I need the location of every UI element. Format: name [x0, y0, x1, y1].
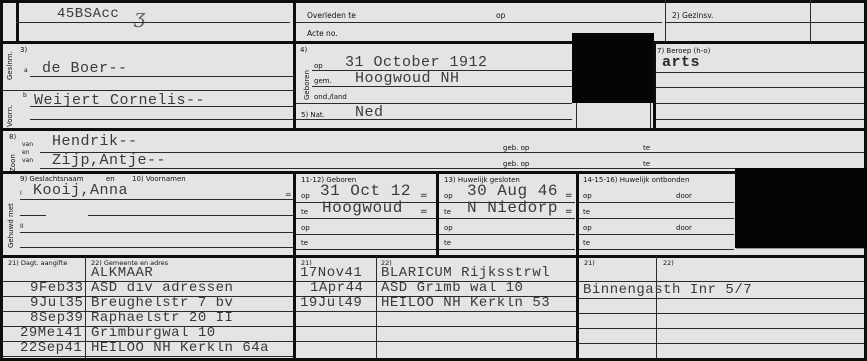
row4-divider-1: [293, 172, 296, 256]
dissolution-op2-rule: [579, 234, 734, 235]
birth-vertical-label: Geboren: [303, 70, 311, 100]
addr-col2-row1-address: ASD Grimb wal 10: [381, 280, 523, 296]
addr-col2-rule-2: [296, 311, 576, 312]
row2-divider-2: [653, 42, 656, 129]
section-4-number: 4): [300, 46, 307, 54]
addr-col3-rule-2: [579, 313, 864, 314]
father-geb-op-label: geb. op: [503, 144, 529, 152]
row2-bottom: [0, 128, 867, 131]
header-divider-right: [665, 0, 666, 42]
header-divider-far: [810, 0, 811, 42]
marriage-place-equals: =: [565, 207, 573, 217]
addr-col1-row2-address: Breughelstr 7 bv: [91, 295, 233, 311]
surname-vertical-label: Geslnm.: [6, 51, 14, 80]
addr-col2-row1-date: 1Apr44: [310, 280, 363, 296]
spouse-birth-op-label: op: [301, 192, 310, 200]
parents-vertical-label: Zoon: [9, 154, 17, 172]
addr-col3-addr-label: 22): [663, 259, 674, 267]
header-divider-left: [16, 0, 19, 42]
spouse-birth-op2-rule: [296, 234, 436, 235]
addr-divider-1: [293, 256, 296, 358]
overleden-rule: [296, 22, 662, 23]
spouse-row-2-rule-b: [20, 247, 293, 248]
frame-top: [0, 0, 867, 3]
addr-col1-row1-address: ASD div adressen: [91, 280, 233, 296]
dissolution-te-rule: [579, 218, 734, 219]
occupation-rule-2: [656, 87, 864, 88]
row4-bottom: [0, 255, 867, 258]
addr-col3-row0-text: Binnengasth Inr 5/7: [583, 282, 752, 298]
surname-rule: [30, 76, 293, 77]
gezinsv-rule: [666, 22, 864, 23]
redaction-photo-area: [572, 33, 654, 103]
birth-place-value: Hoogwoud NH: [355, 70, 460, 87]
addr-col1-row3-date: 8Sep39: [30, 310, 83, 326]
spouse-row-2-rule: [20, 232, 293, 233]
parents-en-label: en: [22, 149, 30, 156]
marriage-place-value: N Niedorp: [467, 199, 558, 217]
marriage-te-label: te: [444, 208, 451, 216]
spouse-name-value: Kooij,Anna: [33, 182, 128, 199]
birth-gem-label: gem.: [314, 77, 332, 85]
addr-col2-row0-address: BLARICUM Rijksstrwl: [381, 265, 550, 281]
addr-col1-row3-address: Raphaelstr 20 II: [91, 310, 233, 326]
occupation-rule-4: [656, 119, 864, 120]
signature-mark: ʒ: [134, 4, 145, 28]
addr-col3-rule-1: [579, 298, 864, 299]
row1-bottom: [0, 41, 867, 44]
father-rule: [40, 152, 864, 153]
surname-value: de Boer--: [42, 60, 128, 77]
overleden-op-label: op: [496, 11, 505, 20]
addr-col2-row0-date: 17Nov41: [300, 265, 362, 281]
marriage-date-value: 30 Aug 46: [467, 182, 558, 200]
occupation-value: arts: [662, 54, 700, 71]
spouse-birth-te-rule: [296, 218, 436, 219]
spouse-row-1-marker: I: [20, 190, 22, 197]
occupation-rule-3: [656, 103, 864, 104]
marriage-date-equals: =: [565, 191, 573, 201]
addr-col1-row4-address: Grimburgwal 10: [91, 325, 216, 341]
firstname-rule-2: [30, 119, 293, 120]
name-divider: [3, 90, 293, 91]
redaction-right-block: [735, 168, 867, 248]
birth-ond-rule: [296, 103, 572, 104]
marriage-te-rule: [439, 218, 575, 219]
spouse-equals: =: [285, 190, 292, 199]
father-van-label: van: [22, 141, 33, 148]
dissolution-door2-label: door: [676, 224, 692, 232]
addr-col1-split: [85, 256, 86, 358]
spouse-birth-date-equals: =: [420, 191, 428, 201]
redaction-underline: [736, 248, 864, 249]
nationality-rule: [296, 119, 572, 120]
spouse-birth-te-label: te: [301, 208, 308, 216]
addr-col3-rule-3: [579, 328, 864, 329]
row2-divider-1: [293, 42, 296, 129]
dissolution-op2-label: op: [583, 224, 592, 232]
row3-bottom: [0, 171, 735, 174]
addr-col2-rule-4: [296, 341, 576, 342]
spouse-birth-te2-label: te: [301, 239, 308, 247]
nationality-label: 5) Nat.: [301, 111, 325, 119]
addr-col1-row2-date: 9Jul35: [30, 295, 83, 311]
spouse-birth-place-value: Hoogwoud: [322, 199, 403, 217]
addr-col2-split: [376, 256, 377, 358]
mother-geb-op-label: geb. op: [503, 160, 529, 168]
acte-no-label: Acte no.: [307, 29, 338, 38]
father-te-label: te: [643, 144, 650, 152]
marriage-te2-label: te: [444, 239, 451, 247]
father-name-value: Hendrik--: [52, 133, 138, 150]
archive-code: 45BSAcc: [57, 6, 119, 22]
overleden-te-label: Overleden te: [307, 11, 356, 20]
addr-col1-row5-address: HEILOO NH Kerkln 64a: [91, 340, 269, 356]
firstname-vertical-label: Voorn.: [6, 105, 14, 127]
addr-col3-date-label: 21): [584, 259, 595, 267]
occupation-rule-1: [656, 72, 864, 73]
mother-name-value: Zijp,Antje--: [52, 152, 166, 169]
addr-col1-row4-date: 29Mei41: [20, 325, 82, 341]
gezinsv-label: 2) Gezinsv.: [672, 11, 713, 20]
spouse-birth-op2-label: op: [301, 224, 310, 232]
marriage-op2-rule: [439, 234, 575, 235]
dissolution-op-rule: [579, 202, 734, 203]
spouse-birth-te2-rule: [296, 249, 436, 250]
dissolution-label: 14-15-16) Huwelijk ontbonden: [583, 176, 689, 184]
section-3-number: 3): [20, 46, 27, 54]
spouse-row-2-marker: II: [20, 223, 24, 230]
frame-left: [0, 0, 3, 361]
spouse-voornamen-label: 10) Voornamen: [132, 175, 186, 183]
surname-letter: a: [24, 67, 28, 74]
spouse-row-1-underline-a: [20, 215, 46, 216]
spouse-vertical-label: Gehuwd met: [7, 203, 15, 248]
birth-gem-rule: [312, 86, 572, 87]
row2-divider-right-of-gap: [650, 103, 651, 129]
spouse-birth-date-value: 31 Oct 12: [320, 182, 411, 200]
section-8-number: 8): [9, 133, 16, 141]
dissolution-te2-rule: [579, 249, 734, 250]
addr-col2-row2-address: HEILOO NH Kerkln 53: [381, 295, 550, 311]
row2-divider-left-of-gap: [576, 103, 577, 129]
mother-te-label: te: [643, 160, 650, 168]
addr-col1-date-label: 21) Dagt. aangifte: [8, 259, 67, 267]
addr-col3-rule-4: [579, 343, 864, 344]
firstname-rule-1: [30, 106, 293, 107]
header-divider-mid: [293, 0, 296, 42]
addr-col2-row2-date: 19Jul49: [300, 295, 362, 311]
dissolution-te-label: te: [583, 208, 590, 216]
birth-op-label: op: [314, 62, 323, 70]
dissolution-op-label: op: [583, 192, 592, 200]
firstname-letter: b: [23, 92, 27, 99]
spouse-row-1-rule: [20, 199, 293, 200]
addr-col1-row1-date: 9Feb33: [30, 280, 83, 296]
dissolution-door-label: door: [676, 192, 692, 200]
addr-col1-rule-5: [3, 356, 293, 357]
mother-van-label: van: [22, 157, 33, 164]
addr-col1-row0-address: ALKMAAR: [91, 265, 153, 281]
addr-col2-rule-3: [296, 326, 576, 327]
marriage-op-label: op: [444, 192, 453, 200]
marriage-te2-rule: [439, 249, 575, 250]
addr-col1-row5-date: 22Sep41: [20, 340, 82, 356]
registry-card: 45BSAcc ʒ Overleden te op Acte no. 2) Ge…: [0, 0, 867, 361]
spouse-birth-place-equals: =: [420, 207, 428, 217]
marriage-op2-label: op: [444, 224, 453, 232]
dissolution-te2-label: te: [583, 239, 590, 247]
birth-ond-land-label: ond./land: [314, 93, 347, 101]
spouse-row-1-underline-b: [88, 215, 293, 216]
row4-divider-3: [576, 172, 579, 256]
birth-date-value: 31 October 1912: [345, 54, 488, 71]
header-rule: [16, 22, 290, 23]
row4-divider-2: [436, 172, 439, 256]
